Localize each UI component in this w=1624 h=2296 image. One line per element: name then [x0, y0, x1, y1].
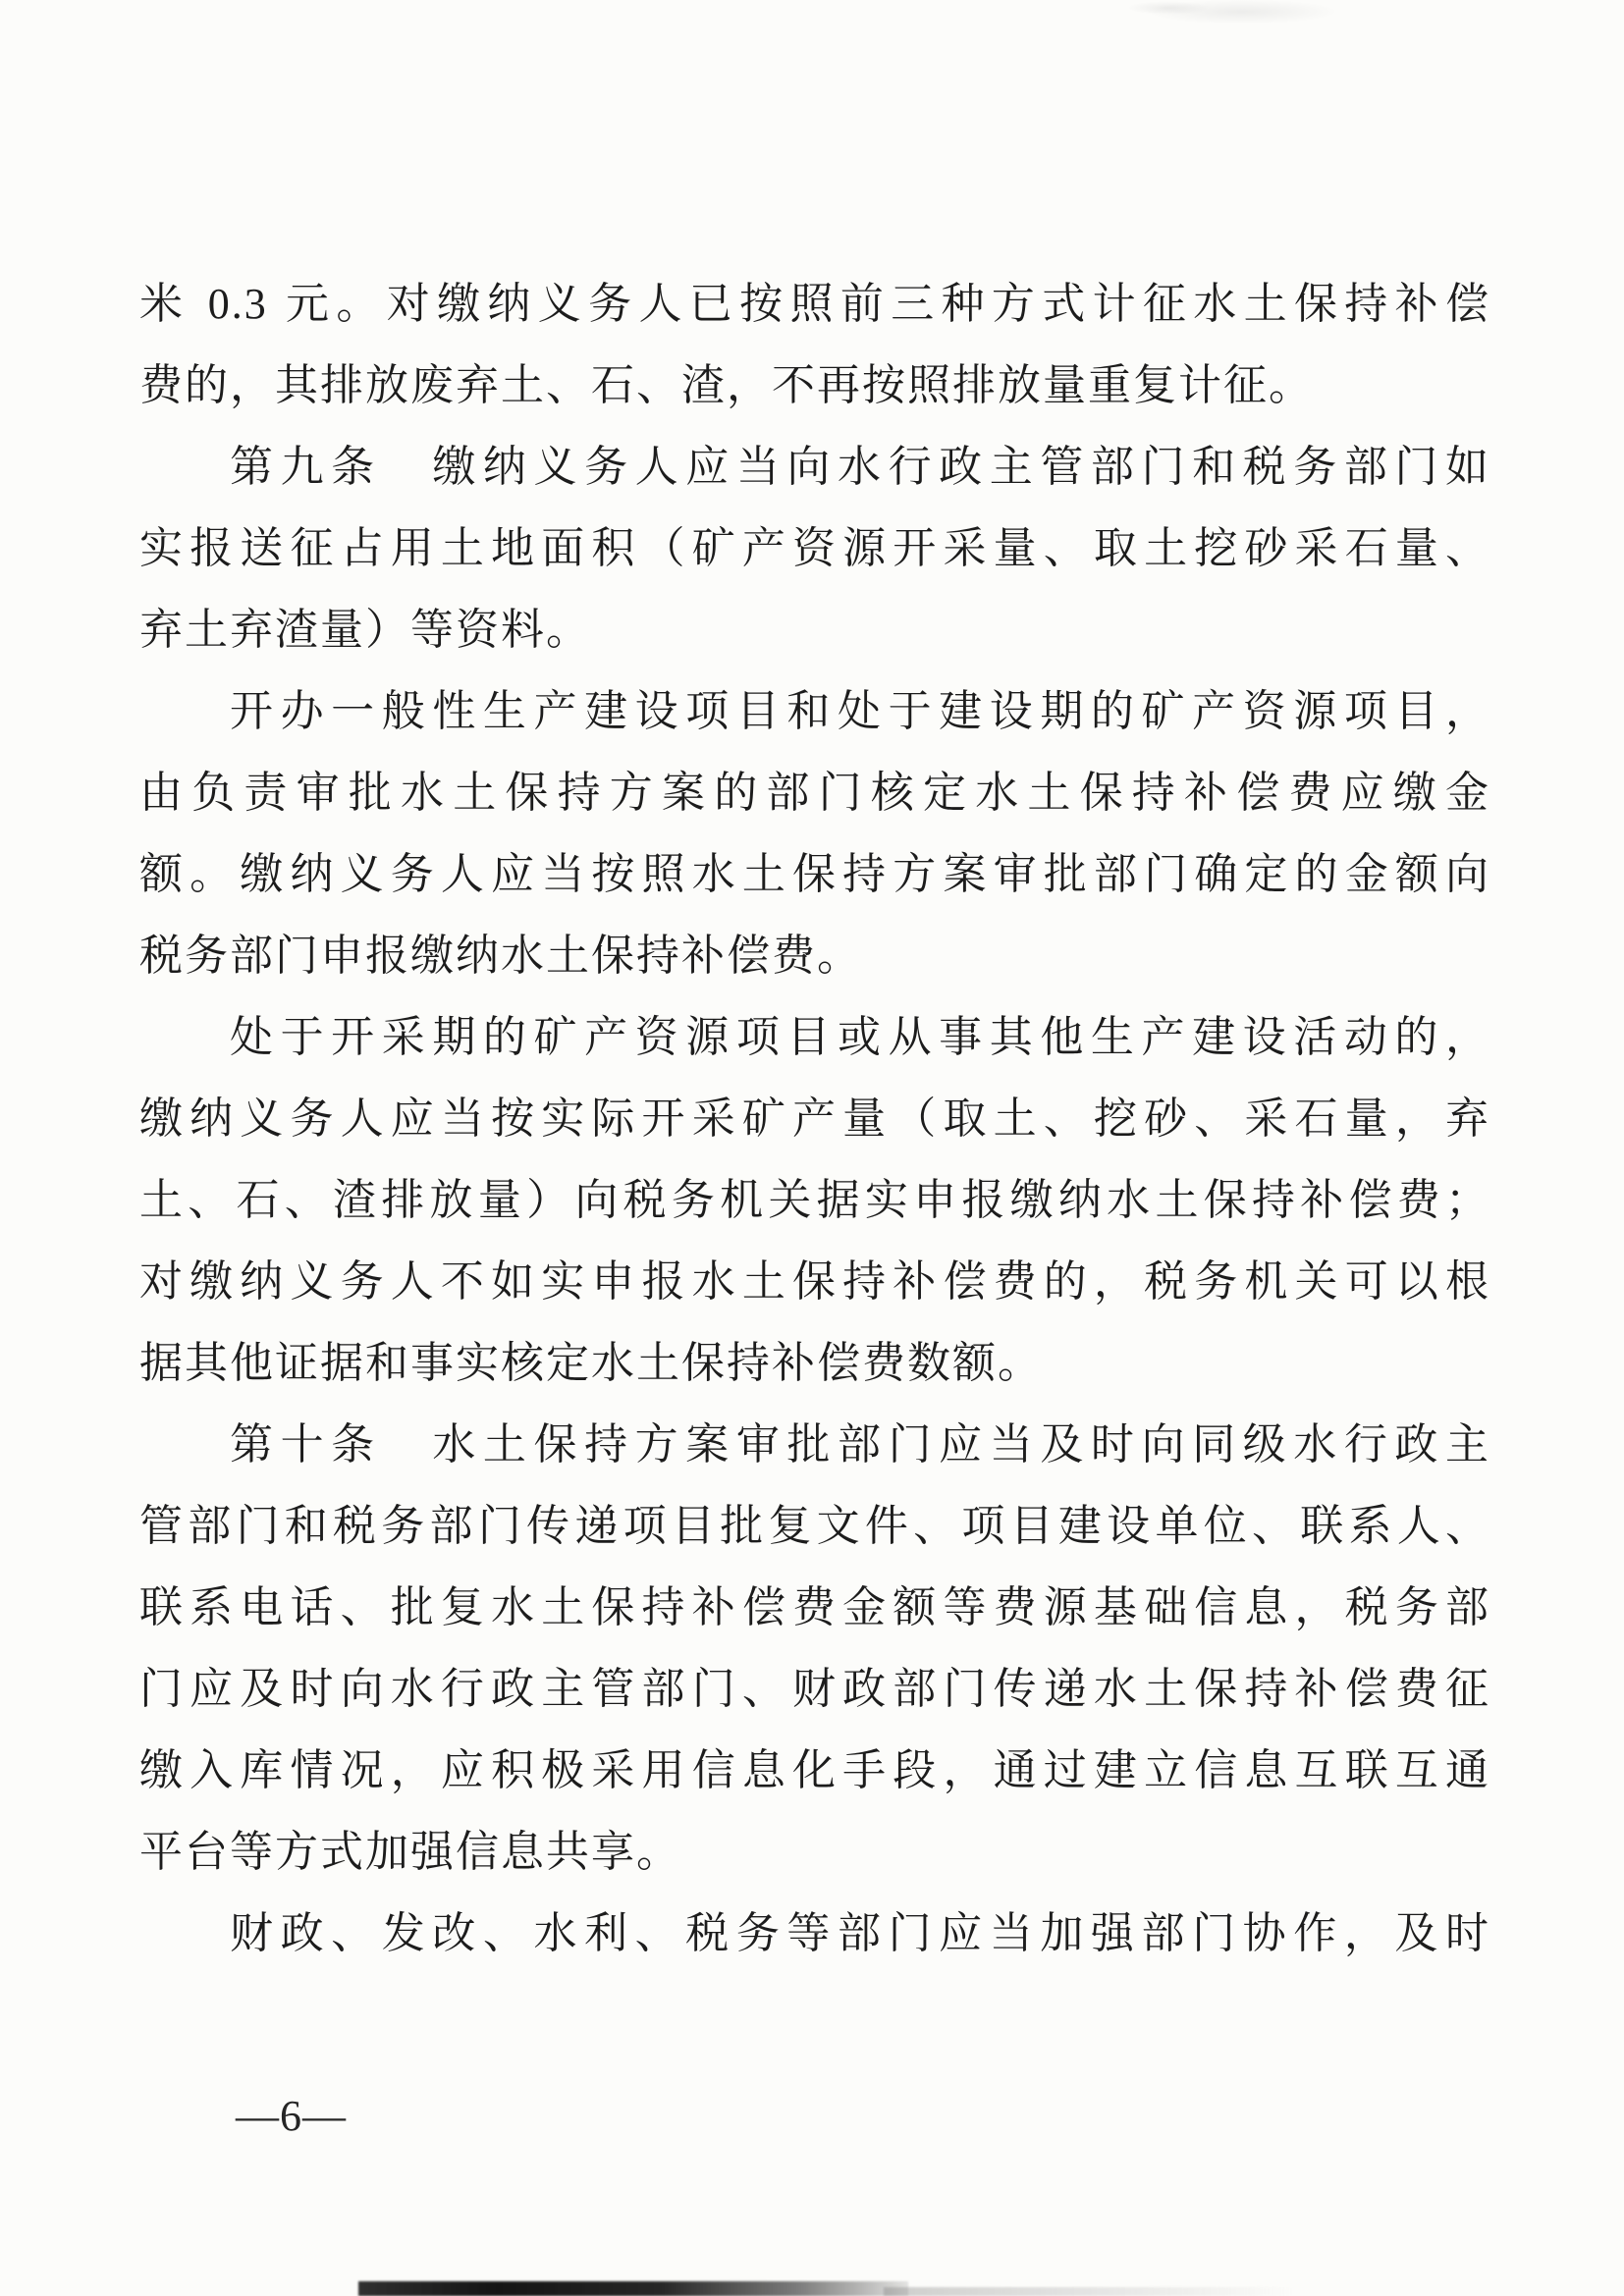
- text-line: 第九条 缴纳义务人应当向水行政主管部门和税务部门如: [139, 426, 1490, 507]
- text-line: 米 0.3 元。对缴纳义务人已按照前三种方式计征水土保持补偿: [139, 263, 1490, 345]
- scan-artifact-bar-faint: [884, 2287, 1296, 2296]
- scan-artifact-bar: [358, 2281, 908, 2296]
- text-line: 缴入库情况，应积极采用信息化手段，通过建立信息互联互通: [139, 1730, 1490, 1811]
- text-line: 处于开采期的矿产资源项目或从事其他生产建设活动的，: [139, 996, 1490, 1078]
- text-line: 费的，其排放废弃土、石、渣，不再按照排放量重复计征。: [139, 345, 1490, 426]
- text-line: 由负责审批水土保持方案的部门核定水土保持补偿费应缴金: [139, 752, 1490, 833]
- text-line: 据其他证据和事实核定水土保持补偿费数额。: [139, 1322, 1490, 1404]
- text-line: 实报送征占用土地面积（矿产资源开采量、取土挖砂采石量、: [139, 507, 1490, 589]
- document-page: 米 0.3 元。对缴纳义务人已按照前三种方式计征水土保持补偿 费的，其排放废弃土…: [0, 0, 1624, 2296]
- text-line: 弃土弃渣量）等资料。: [139, 589, 1490, 670]
- text-line: 管部门和税务部门传递项目批复文件、项目建设单位、联系人、: [139, 1485, 1490, 1567]
- text-line: 门应及时向水行政主管部门、财政部门传递水土保持补偿费征: [139, 1648, 1490, 1730]
- text-line: 缴纳义务人应当按实际开采矿产量（取土、挖砂、采石量，弃: [139, 1078, 1490, 1159]
- text-line: 第十条 水土保持方案审批部门应当及时向同级水行政主: [139, 1404, 1490, 1485]
- text-line: 联系电话、批复水土保持补偿费金额等费源基础信息，税务部: [139, 1567, 1490, 1648]
- text-line: 额。缴纳义务人应当按照水土保持方案审批部门确定的金额向: [139, 833, 1490, 915]
- page-number: —6—: [236, 2091, 347, 2141]
- text-line: 土、石、渣排放量）向税务机关据实申报缴纳水土保持补偿费；: [139, 1159, 1490, 1241]
- text-line: 对缴纳义务人不如实申报水土保持补偿费的，税务机关可以根: [139, 1241, 1490, 1322]
- text-line: 开办一般性生产建设项目和处于建设期的矿产资源项目，: [139, 670, 1490, 752]
- text-line: 财政、发改、水利、税务等部门应当加强部门协作，及时: [139, 1893, 1490, 1974]
- document-body: 米 0.3 元。对缴纳义务人已按照前三种方式计征水土保持补偿 费的，其排放废弃土…: [139, 263, 1490, 1974]
- text-line: 税务部门申报缴纳水土保持补偿费。: [139, 915, 1490, 996]
- text-line: 平台等方式加强信息共享。: [139, 1811, 1490, 1893]
